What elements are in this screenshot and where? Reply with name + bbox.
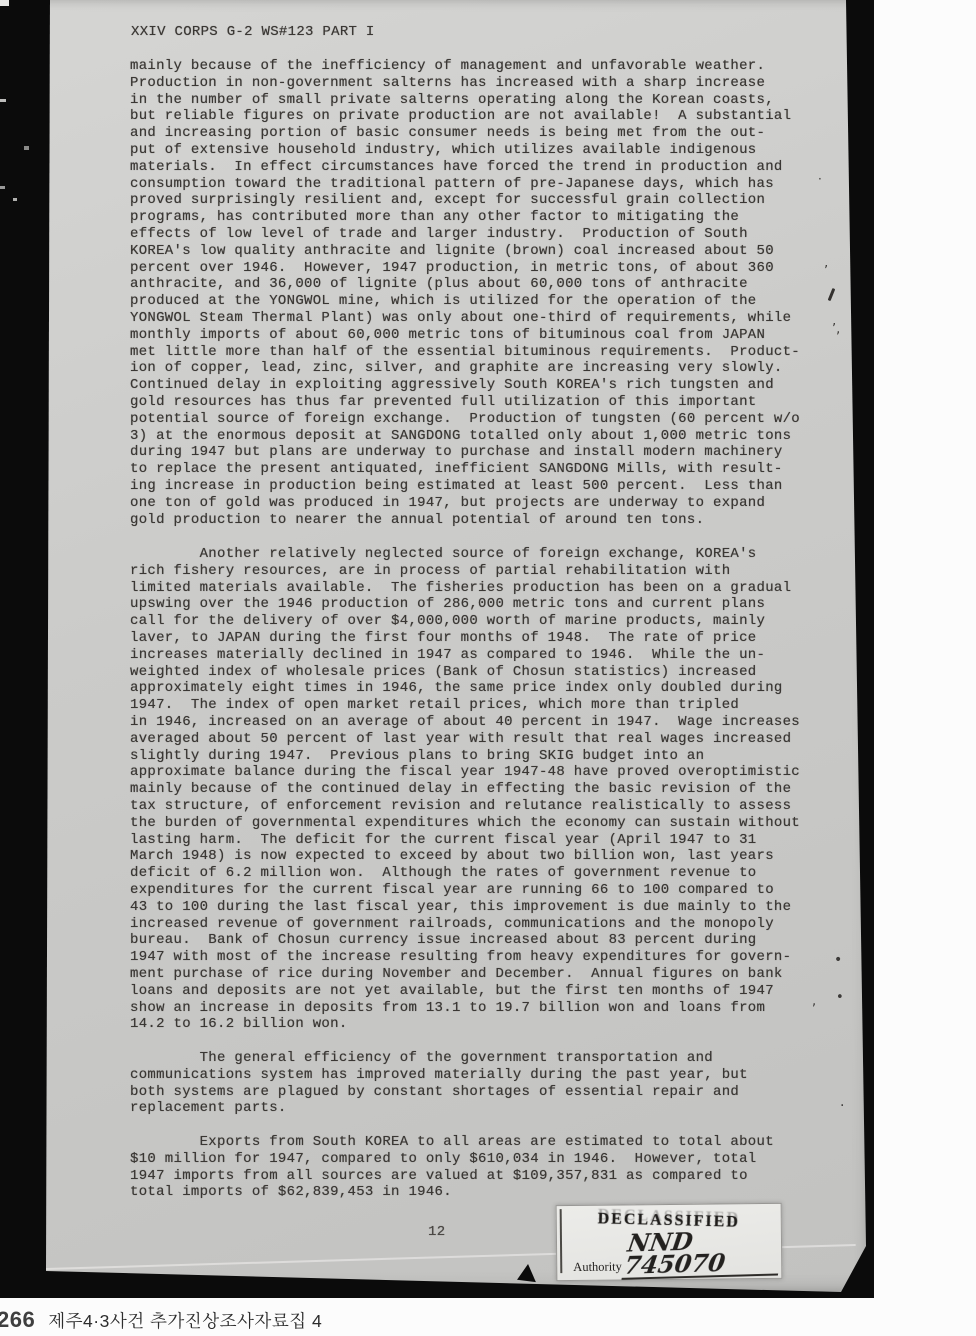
body-paragraph-4: Exports from South KOREA to all areas ar… (130, 1134, 774, 1201)
document-page: XXIV CORPS G-2 WS#123 PART I mainly beca… (0, 0, 874, 1298)
stamp-authority-value: NND 745070 (621, 1228, 785, 1279)
scan-artifact: · (818, 172, 822, 186)
page-edge-highlight-left (44, 0, 50, 1272)
scan-artifact: , (812, 994, 816, 1009)
book-footer: 266제주4·3사건 추가진상조사자료집 4 (0, 1298, 976, 1336)
body-paragraph-2: Another relatively neglected source of f… (130, 546, 800, 1033)
scan-artifact (0, 0, 9, 6)
book-page-number: 266 (0, 1307, 35, 1332)
declassified-stamp: DECLASSIFIED Authority NND 745070 (556, 1203, 783, 1281)
scan-artifact (0, 99, 6, 102)
scan-artifact: . (840, 1094, 844, 1110)
body-paragraph-3: The general efficiency of the government… (130, 1050, 748, 1117)
scan-artifact: ’ (824, 264, 828, 279)
scan-artifact (0, 186, 5, 189)
body-paragraph-1: mainly because of the inefficiency of ma… (130, 58, 800, 528)
page-number: 12 (428, 1224, 445, 1241)
scan-artifact: • (834, 952, 842, 968)
page-header: XXIV CORPS G-2 WS#123 PART I (131, 24, 375, 41)
scan-artifact: • (836, 990, 844, 1005)
scan-artifact (24, 146, 29, 150)
book-title: 제주4·3사건 추가진상조사자료집 4 (48, 1311, 322, 1331)
scan-artifact (13, 198, 17, 201)
stamp-authority-label: Authority (573, 1259, 622, 1279)
scan-artifact (517, 1263, 538, 1282)
scan-background: XXIV CORPS G-2 WS#123 PART I mainly beca… (0, 0, 874, 1298)
scan-artifact: ’, (832, 322, 840, 337)
scan-artifact (828, 288, 835, 301)
